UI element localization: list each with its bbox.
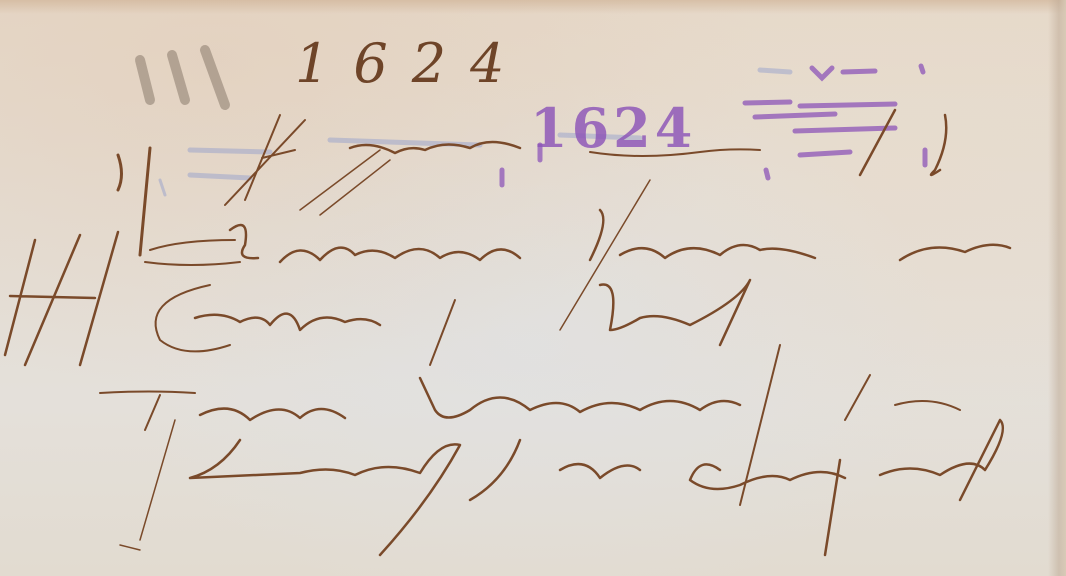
handwriting-strokes: [0, 0, 1066, 576]
document-photo: 1624 1624: [0, 0, 1066, 576]
